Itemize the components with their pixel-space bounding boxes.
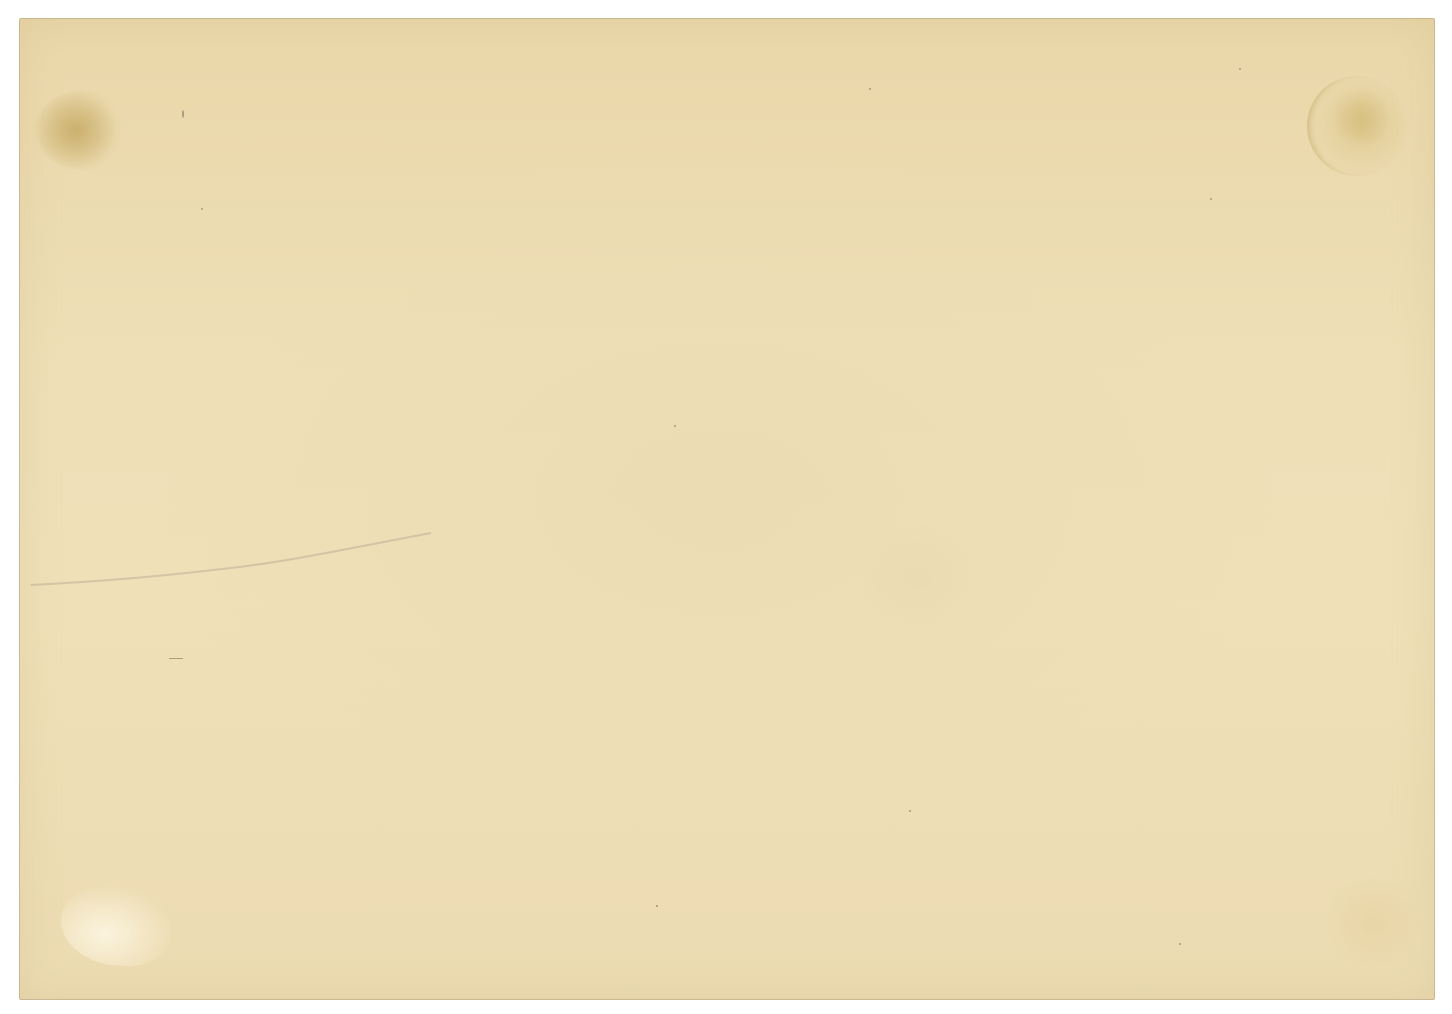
faint-crease-line: [31, 523, 451, 603]
peeled-patch-bottom-left: [61, 886, 171, 966]
speck: [674, 425, 676, 427]
speck: [656, 905, 658, 907]
speck: [182, 110, 184, 118]
aged-paper-card: [19, 18, 1435, 1000]
speck: [169, 658, 183, 659]
speck: [201, 208, 203, 210]
speck: [1179, 943, 1181, 945]
stain-top-right: [1307, 76, 1407, 176]
stain-bottom-right: [1319, 878, 1429, 968]
speck: [909, 810, 911, 812]
speck: [1239, 68, 1241, 70]
speck: [869, 88, 871, 90]
speck: [1210, 198, 1212, 200]
white-background: [0, 0, 1452, 1014]
stain-top-left: [37, 90, 127, 170]
